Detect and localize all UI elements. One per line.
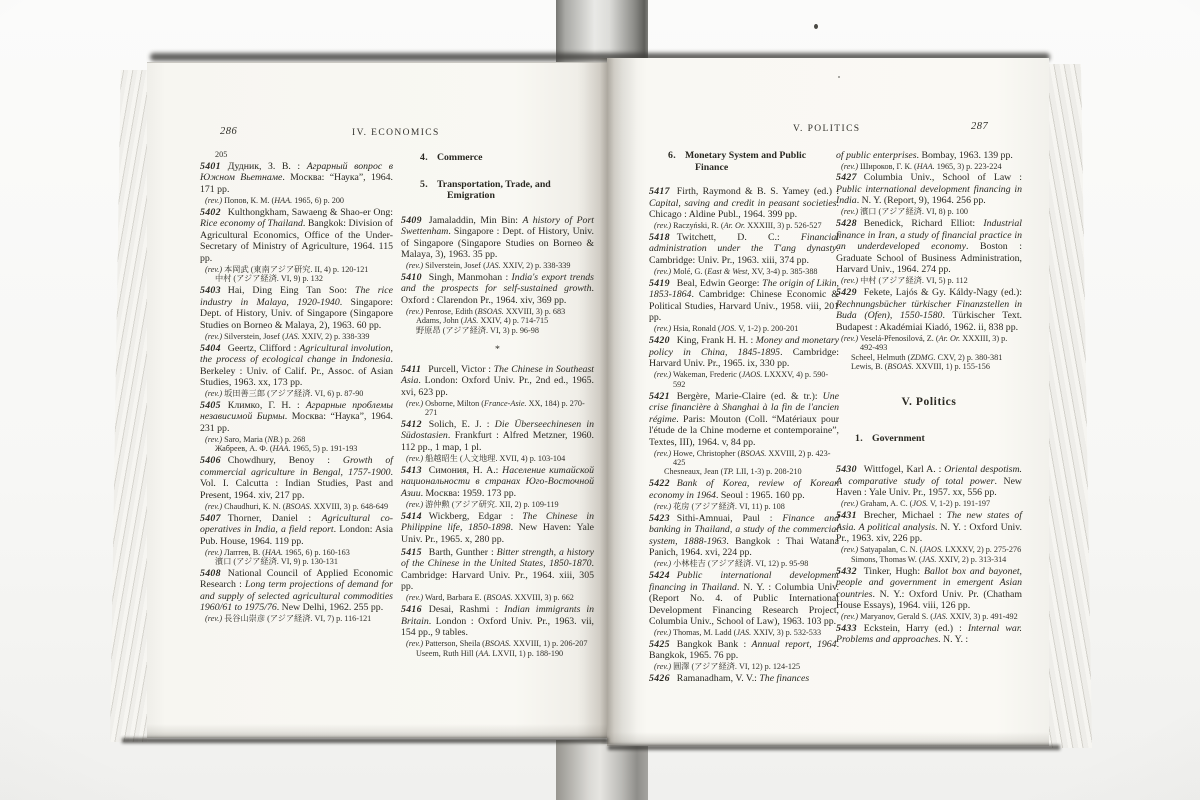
entry-number: 5405 — [200, 400, 221, 411]
bib-entry: 5406Chowdhury, Benoy : Growth of commerc… — [200, 455, 393, 501]
review-line: (rev.) Penrose, Edith (BSOAS. XXVIII, 3)… — [401, 307, 594, 316]
bib-entry: 5423Sithi-Amnuai, Paul : Finance and ban… — [649, 513, 839, 559]
bib-entry: 5416Desai, Rashmi : Indian immigrants in… — [401, 604, 594, 639]
section-heading: 4.Commerce — [401, 152, 594, 164]
page-number-left: 286 — [220, 126, 237, 137]
review-line: (rev.) Howe, Christopher (BSOAS. XXVIII,… — [649, 449, 839, 468]
entry-number: 5. — [420, 179, 428, 190]
entry-number: 5419 — [649, 278, 670, 289]
review-line: (rev.) Graham, A. C. (JOS. V, 1-2) p. 19… — [836, 499, 1022, 508]
entry-number: 5426 — [649, 673, 670, 684]
entry-number: 5429 — [836, 287, 857, 298]
page-edges-left — [110, 70, 148, 742]
bib-entry: 5403Hai, Ding Eing Tan Soo: The rice ind… — [200, 285, 393, 331]
review-line: (rev.) 小林桂吉 (アジア経済. VI, 12) p. 95-98 — [649, 559, 839, 568]
entry-number: 5431 — [836, 510, 857, 521]
entry-number: 5410 — [401, 272, 422, 283]
bib-entry: 5429Fekete, Lajós & Gy. Káldy-Nagy (ed.)… — [836, 287, 1022, 333]
review-line: (rev.) Thomas, M. Ladd (JAS. XXIV, 3) p.… — [649, 628, 839, 637]
bib-entry: 5405Климко, Г. Н. : Аграрные проблемы не… — [200, 400, 393, 435]
bibliography-column-3: 6.Monetary System and Public Finance5417… — [649, 148, 839, 685]
book-photo: 286 IV. ECONOMICS V. POLITICS 287 205540… — [0, 0, 1200, 800]
review-line: (rev.) Satyapalan, C. N. (JAOS. LXXXV, 2… — [836, 545, 1022, 554]
review-line: (rev.) Osborne, Milton (France-Asie. XX,… — [401, 399, 594, 418]
review-line: (rev.) Veselá-Přenosilová, Z. (Ar. Or. X… — [836, 334, 1022, 353]
bib-entry: 5432Tinker, Hugh: Ballot box and bayonet… — [836, 566, 1022, 612]
review-line-secondary: 中村 (アジア経済. VI, 9) p. 132 — [200, 274, 393, 283]
entry-number: 5413 — [401, 465, 422, 476]
review-line-secondary: Chesneaux, Jean (TP. LII, 1-3) p. 208-21… — [649, 467, 839, 476]
chapter-heading: V. Politics — [836, 397, 1022, 409]
review-line: (rev.) 圓澤 (アジア経済. VI, 12) p. 124-125 — [649, 662, 839, 671]
bib-entry: 5404Geertz, Clifford : Agricultural invo… — [200, 343, 393, 389]
review-line: (rev.) Saro, Maria (NB.) p. 268 — [200, 435, 393, 444]
bib-entry: 5431Brecher, Michael : The new states of… — [836, 510, 1022, 545]
section-heading: 6.Monetary System and Public Finance — [649, 150, 839, 173]
running-head-right: V. POLITICS — [793, 124, 860, 134]
bib-entry: 5409Jamaladdin, Min Bin: A history of Po… — [401, 215, 594, 261]
review-line: (rev.) Silverstein, Josef (JAS. XXIV, 2)… — [200, 332, 393, 341]
review-line: (rev.) Patterson, Sheila (BSOAS. XXVIII,… — [401, 639, 594, 648]
entry-number: 5418 — [649, 232, 670, 243]
entry-number: 5401 — [200, 161, 221, 172]
entry-number: 5408 — [200, 568, 221, 579]
review-line: (rev.) Wakeman, Frederic (JAOS. LXXXV, 4… — [649, 370, 839, 389]
entry-number: 5406 — [200, 455, 221, 466]
entry-number: 5409 — [401, 215, 422, 226]
entry-number: 6. — [668, 150, 676, 161]
review-line: (rev.) Maryanov, Gerald S. (JAS. XXIV, 3… — [836, 612, 1022, 621]
bibliography-column-2: 4.Commerce5.Transportation, Trade, and E… — [401, 150, 594, 658]
bib-entry: 5411Purcell, Victor : The Chinese in Sou… — [401, 364, 594, 399]
entry-number: 5432 — [836, 566, 857, 577]
bib-entry: 5421Bergère, Marie-Claire (ed. & tr.): U… — [649, 391, 839, 449]
entry-number: 5417 — [649, 186, 670, 197]
dust-speck — [814, 24, 818, 29]
bib-entry: 5414Wickberg, Edgar : The Chinese in Phi… — [401, 511, 594, 546]
entry-number: 5403 — [200, 285, 221, 296]
entry-number: 5407 — [200, 513, 221, 524]
review-line-secondary: 205 — [200, 150, 393, 159]
review-line: (rev.) Попов, К. М. (HAA. 1965, 6) p. 20… — [200, 196, 393, 205]
review-line: (rev.) Лаптев, В. (HAA. 1965, 6) p. 160-… — [200, 548, 393, 557]
review-line: (rev.) 游仲勲 (アジア研究. XII, 2) p. 109-119 — [401, 500, 594, 509]
bib-entry: 5407Thorner, Daniel : Agricultural co-op… — [200, 513, 393, 548]
review-line: (rev.) Широков, Г. К. (HAA. 1965, 3) p. … — [836, 162, 1022, 171]
entry-number: 5412 — [401, 419, 422, 430]
review-line-secondary: 野原昂 (アジア経済. VI, 3) p. 96-98 — [401, 326, 594, 335]
entry-number: 5421 — [649, 391, 670, 402]
entry-number: 5402 — [200, 207, 221, 218]
section-heading: 1.Government — [836, 433, 1022, 445]
entries-separator: * — [401, 344, 594, 356]
review-line: (rev.) 中村 (アジア経済. VI, 5) p. 112 — [836, 276, 1022, 285]
review-line-secondary: Useem, Ruth Hill (AA. LXVII, 1) p. 188-1… — [401, 649, 594, 658]
review-line-secondary: Adams, John (JAS. XXIV, 4) p. 714-715 — [401, 316, 594, 325]
entry-number: 5423 — [649, 513, 670, 524]
entry-number: 5420 — [649, 335, 670, 346]
bibliography-column-4: of public enterprises. Bombay, 1963. 139… — [836, 148, 1022, 646]
bib-entry: 5428Benedick, Richard Elliot: Industrial… — [836, 218, 1022, 276]
bib-entry: 5425Bangkok Bank : Annual report, 1964. … — [649, 639, 839, 662]
review-line-secondary: 濱口 (アジア経済. VI, 9) p. 130-131 — [200, 557, 393, 566]
review-line: (rev.) Chaudhuri, K. N. (BSOAS. XXVIII, … — [200, 502, 393, 511]
entry-number: 5414 — [401, 511, 422, 522]
bib-entry: 5426Ramanadham, V. V.: The finances — [649, 673, 839, 685]
book-bottom-shadow-left — [122, 738, 608, 743]
bib-entry: 5410Singh, Manmohan : India's export tre… — [401, 272, 594, 307]
bib-entry: 5401Дудник, З. В. : Аграрный вопрос в Юж… — [200, 161, 393, 196]
entry-continuation: of public enterprises. Bombay, 1963. 139… — [836, 150, 1022, 162]
entry-number: 5430 — [836, 464, 857, 475]
page-number-right: 287 — [971, 121, 988, 132]
entry-number: 5404 — [200, 343, 221, 354]
review-line-secondary: Жабреев, А. Ф. (HAA. 1965, 5) p. 191-193 — [200, 444, 393, 453]
review-line: (rev.) 濱口 (アジア経済. VI, 8) p. 100 — [836, 207, 1022, 216]
dust-speck — [838, 76, 840, 78]
bib-entry: 5420King, Frank H. H. : Money and moneta… — [649, 335, 839, 370]
section-heading: 5.Transportation, Trade, and Emigration — [401, 179, 594, 202]
entry-number: 4. — [420, 152, 428, 163]
bib-entry: 5422Bank of Korea, review of Korean econ… — [649, 478, 839, 501]
review-line: (rev.) Silverstein, Josef (JAS. XXIV, 2)… — [401, 261, 594, 270]
entry-number: 5424 — [649, 570, 670, 581]
entry-number: 5428 — [836, 218, 857, 229]
review-line-secondary: Lewis, B. (BSOAS. XXVIII, 1) p. 155-156 — [836, 362, 1022, 371]
page-edges-right — [1048, 64, 1092, 748]
bib-entry: 5430Wittfogel, Karl A. : Oriental despot… — [836, 464, 1022, 499]
bib-entry: 5402Kulthongkham, Sawaeng & Shao-er Ong:… — [200, 207, 393, 265]
review-line: (rev.) 船越昭生 (人文地理. XVII, 4) p. 103-104 — [401, 454, 594, 463]
review-line: (rev.) Molé, G. (East & West, XV, 3-4) p… — [649, 267, 839, 276]
review-line: (rev.) Hsia, Ronald (JOS. V, 1-2) p. 200… — [649, 324, 839, 333]
review-line: (rev.) Ward, Barbara E. (BSOAS. XXVIII, … — [401, 593, 594, 602]
bib-entry: 5419Beal, Edwin George: The origin of Li… — [649, 278, 839, 324]
entry-number: 5422 — [649, 478, 670, 489]
entry-number: 5425 — [649, 639, 670, 650]
bib-entry: 5413Симония, Н. А.: Население китайской … — [401, 465, 594, 500]
review-line: (rev.) 長谷山崇彦 (アジア経済. VI, 7) p. 116-121 — [200, 614, 393, 623]
entry-number: 1. — [855, 433, 863, 444]
bib-entry: 5415Barth, Gunther : Bitter strength, a … — [401, 547, 594, 593]
review-line: (rev.) 坂田善三郎 (アジア経済. VI, 6) p. 87-90 — [200, 389, 393, 398]
bib-entry: 5424Public international development fin… — [649, 570, 839, 628]
running-head-left: IV. ECONOMICS — [352, 128, 440, 138]
entry-number: 5411 — [401, 364, 421, 375]
bib-entry: 5408National Council of Applied Economic… — [200, 568, 393, 614]
book-bottom-shadow-right — [608, 745, 1060, 750]
review-line-secondary: Simons, Thomas W. (JAS. XXIV, 2) p. 313-… — [836, 555, 1022, 564]
review-line: (rev.) 本岡武 (東南アジア研究. II, 4) p. 120-121 — [200, 265, 393, 274]
review-line: (rev.) 花房 (アジア経済. VI, 11) p. 108 — [649, 502, 839, 511]
review-line-secondary: Scheel, Helmuth (ZDMG. CXV, 2) p. 380-38… — [836, 353, 1022, 362]
bib-entry: 5417Firth, Raymond & B. S. Yamey (ed.) :… — [649, 186, 839, 221]
bib-entry: 5433Eckstein, Harry (ed.) : Internal war… — [836, 623, 1022, 646]
entry-number: 5416 — [401, 604, 422, 615]
bib-entry: 5418Twitchett, D. C.: Financial administ… — [649, 232, 839, 267]
bib-entry: 5427Columbia Univ., School of Law : Publ… — [836, 172, 1022, 207]
entry-number: 5433 — [836, 623, 857, 634]
entry-number: 5415 — [401, 547, 422, 558]
entry-number: 5427 — [836, 172, 857, 183]
bibliography-column-1: 2055401Дудник, З. В. : Аграрный вопрос в… — [200, 150, 393, 624]
bib-entry: 5412Solich, E. J. : Die Überseechinesen … — [401, 419, 594, 454]
review-line: (rev.) Raczyński, R. (Ar. Or. XXXIII, 3)… — [649, 221, 839, 230]
